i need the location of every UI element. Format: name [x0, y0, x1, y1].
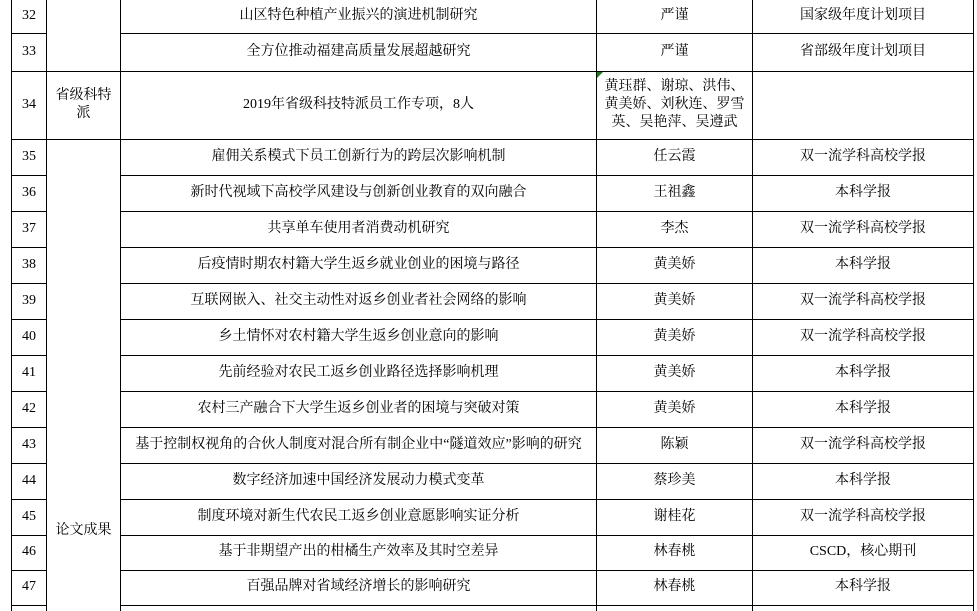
author-cell: 严谨 — [597, 33, 753, 71]
category-label: 论文成果 — [50, 522, 117, 540]
author-cell: 严谨 — [597, 0, 753, 33]
author-cell: 王祖鑫 — [597, 175, 753, 211]
title-cell: 数字经济加速中国经济发展动力模式变革 — [121, 463, 597, 499]
spreadsheet-view: 32 山区特色种植产业振兴的演进机制研究 严谨 国家级年度计划项目 33 全方位… — [0, 0, 977, 611]
author-cell — [597, 605, 753, 611]
row-number-cell: 35 — [12, 139, 47, 175]
table-row: 44 数字经济加速中国经济发展动力模式变革 蔡珍美 本科学报 — [12, 463, 974, 499]
level-cell: 双一流学科高校学报 — [753, 211, 974, 247]
row-number-cell — [12, 605, 47, 611]
table-row: 41 先前经验对农民工返乡创业路径选择影响机理 黄美娇 本科学报 — [12, 355, 974, 391]
table-row: 34 省级科特派 2019年省级科技特派员工作专项，8人 黄珏群、谢琼、洪伟、黄… — [12, 71, 974, 139]
author-cell: 谢桂花 — [597, 499, 753, 535]
level-cell: 本科学报 — [753, 391, 974, 427]
row-number-cell: 45 — [12, 499, 47, 535]
title-cell: 百强品牌对省域经济增长的影响研究 — [121, 570, 597, 605]
level-cell: 双一流学科高校学报 — [753, 139, 974, 175]
row-number-cell: 37 — [12, 211, 47, 247]
author-cell: 黄美娇 — [597, 391, 753, 427]
title-cell: 制度环境对新生代农民工返乡创业意愿影响实证分析 — [121, 499, 597, 535]
title-cell: 2019年省级科技特派员工作专项，8人 — [121, 71, 597, 139]
level-cell: 本科学报 — [753, 570, 974, 605]
level-cell: 本科学报 — [753, 247, 974, 283]
level-cell: 本科学报 — [753, 463, 974, 499]
title-cell: 先前经验对农民工返乡创业路径选择影响机理 — [121, 355, 597, 391]
level-cell: 双一流学科高校学报 — [753, 283, 974, 319]
author-cell: 黄美娇 — [597, 283, 753, 319]
row-number-cell: 43 — [12, 427, 47, 463]
title-cell: 农村三产融合下大学生返乡创业者的困境与突破对策 — [121, 391, 597, 427]
author-cell: 黄美娇 — [597, 247, 753, 283]
row-number-cell: 33 — [12, 33, 47, 71]
category-cell: 省级科特派 — [47, 71, 121, 139]
table-row: 45 制度环境对新生代农民工返乡创业意愿影响实证分析 谢桂花 双一流学科高校学报 — [12, 499, 974, 535]
title-cell: 互联网嵌入、社交主动性对返乡创业者社会网络的影响 — [121, 283, 597, 319]
table-row: 42 农村三产融合下大学生返乡创业者的困境与突破对策 黄美娇 本科学报 — [12, 391, 974, 427]
author-cell: 林春桃 — [597, 570, 753, 605]
title-cell: 乡土情怀对农村籍大学生返乡创业意向的影响 — [121, 319, 597, 355]
level-cell — [753, 605, 974, 611]
author-cell: 黄美娇 — [597, 355, 753, 391]
results-table: 32 山区特色种植产业振兴的演进机制研究 严谨 国家级年度计划项目 33 全方位… — [11, 0, 974, 611]
category-cell-blank — [47, 0, 121, 71]
title-cell: 新时代视域下高校学风建设与创新创业教育的双向融合 — [121, 175, 597, 211]
title-cell: 雇佣关系模式下员工创新行为的跨层次影响机制 — [121, 139, 597, 175]
title-cell: 共享单车使用者消费动机研究 — [121, 211, 597, 247]
level-cell: 双一流学科高校学报 — [753, 319, 974, 355]
table-row-partial — [12, 605, 974, 611]
table-row: 37 共享单车使用者消费动机研究 李杰 双一流学科高校学报 — [12, 211, 974, 247]
row-number-cell: 41 — [12, 355, 47, 391]
title-cell: 山区特色种植产业振兴的演进机制研究 — [121, 0, 597, 33]
author-cell: 陈颖 — [597, 427, 753, 463]
table-row: 35 论文成果 雇佣关系模式下员工创新行为的跨层次影响机制 任云霞 双一流学科高… — [12, 139, 974, 175]
level-cell: 双一流学科高校学报 — [753, 427, 974, 463]
row-number-cell: 36 — [12, 175, 47, 211]
level-cell: CSCD，核心期刊 — [753, 535, 974, 570]
author-cell: 李杰 — [597, 211, 753, 247]
table-row: 39 互联网嵌入、社交主动性对返乡创业者社会网络的影响 黄美娇 双一流学科高校学… — [12, 283, 974, 319]
row-number-cell: 38 — [12, 247, 47, 283]
row-number-cell: 34 — [12, 71, 47, 139]
table-row: 43 基于控制权视角的合伙人制度对混合所有制企业中“隧道效应”影响的研究 陈颖 … — [12, 427, 974, 463]
row-number-cell: 39 — [12, 283, 47, 319]
level-cell: 本科学报 — [753, 175, 974, 211]
level-cell: 本科学报 — [753, 355, 974, 391]
author-cell: 蔡珍美 — [597, 463, 753, 499]
category-cell-papers: 论文成果 — [47, 139, 121, 611]
title-cell: 后疫情时期农村籍大学生返乡就业创业的困境与路径 — [121, 247, 597, 283]
level-cell: 双一流学科高校学报 — [753, 499, 974, 535]
title-cell: 全方位推动福建高质量发展超越研究 — [121, 33, 597, 71]
row-number-cell: 32 — [12, 0, 47, 33]
author-cell: 林春桃 — [597, 535, 753, 570]
title-cell: 基于控制权视角的合伙人制度对混合所有制企业中“隧道效应”影响的研究 — [121, 427, 597, 463]
author-names: 黄珏群、谢琼、洪伟、黄美娇、刘秋连、罗雪英、吴艳萍、吴遵武 — [605, 79, 745, 130]
table-row: 38 后疫情时期农村籍大学生返乡就业创业的困境与路径 黄美娇 本科学报 — [12, 247, 974, 283]
level-cell — [753, 71, 974, 139]
author-cell: 任云霞 — [597, 139, 753, 175]
title-cell — [121, 605, 597, 611]
table-row: 32 山区特色种植产业振兴的演进机制研究 严谨 国家级年度计划项目 — [12, 0, 974, 33]
author-cell: 黄美娇 — [597, 319, 753, 355]
table-row: 36 新时代视域下高校学风建设与创新创业教育的双向融合 王祖鑫 本科学报 — [12, 175, 974, 211]
title-cell: 基于非期望产出的柑橘生产效率及其时空差异 — [121, 535, 597, 570]
row-number-cell: 40 — [12, 319, 47, 355]
level-cell: 国家级年度计划项目 — [753, 0, 974, 33]
author-cell: 黄珏群、谢琼、洪伟、黄美娇、刘秋连、罗雪英、吴艳萍、吴遵武 — [597, 71, 753, 139]
level-cell: 省部级年度计划项目 — [753, 33, 974, 71]
row-number-cell: 46 — [12, 535, 47, 570]
row-number-cell: 44 — [12, 463, 47, 499]
row-number-cell: 47 — [12, 570, 47, 605]
table-row: 33 全方位推动福建高质量发展超越研究 严谨 省部级年度计划项目 — [12, 33, 974, 71]
table-row: 47 百强品牌对省域经济增长的影响研究 林春桃 本科学报 — [12, 570, 974, 605]
row-number-cell: 42 — [12, 391, 47, 427]
comment-indicator-icon — [597, 72, 603, 78]
table-row: 40 乡土情怀对农村籍大学生返乡创业意向的影响 黄美娇 双一流学科高校学报 — [12, 319, 974, 355]
table-row: 46 基于非期望产出的柑橘生产效率及其时空差异 林春桃 CSCD，核心期刊 — [12, 535, 974, 570]
